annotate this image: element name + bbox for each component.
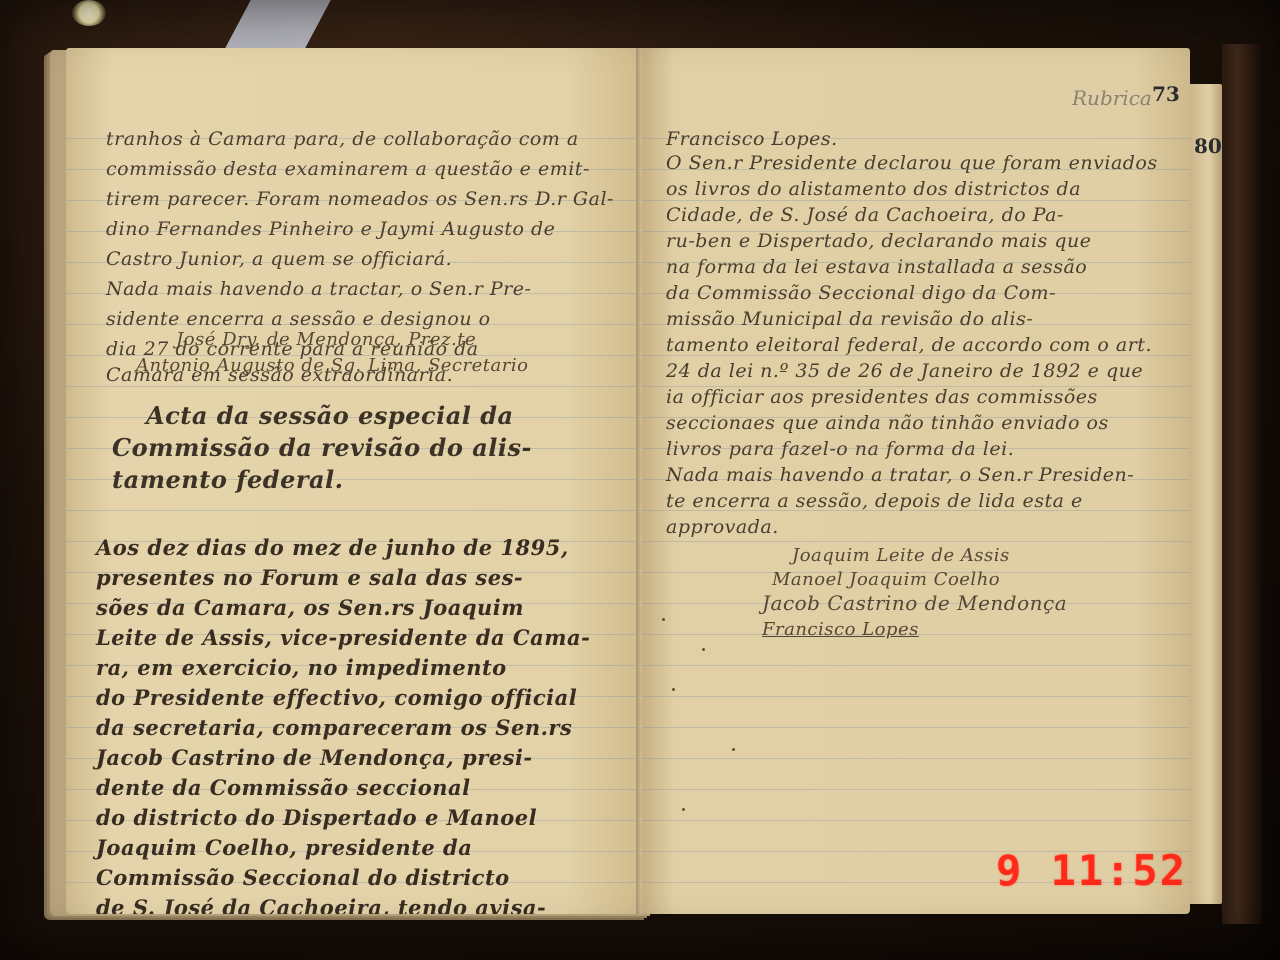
text-line: de S. José da Cachoeira, tendo avisa- — [96, 892, 546, 914]
next-page-edge: 80 — [1190, 84, 1222, 904]
book-cover-edge — [1222, 44, 1262, 924]
open-ledger-book: 80 tranhos à Camara para, de collaboraçã… — [50, 44, 1230, 924]
text-line: do districto do Dispertado e Manoel — [96, 802, 537, 833]
text-line: tirem parecer. Foram nomeados os Sen.rs … — [106, 184, 614, 215]
camera-date-stamp: 9 11:52 — [996, 846, 1187, 895]
pencil-annotation: Rubrica — [1072, 86, 1152, 110]
page-number: 73 — [1152, 82, 1180, 106]
minutes-heading: tamento federal. — [112, 464, 344, 495]
signature: Antonio Augusto de Sg. Lima, Secretario — [136, 350, 528, 381]
text-line: approvada. — [666, 512, 779, 543]
minutes-heading: Commissão da revisão do alis- — [112, 432, 532, 463]
left-page: tranhos à Camara para, de collaboração c… — [66, 48, 652, 914]
right-page: Rubrica 73 Francisco Lopes. O Sen.r Pres… — [642, 48, 1190, 914]
text-line: Leite de Assis, vice-presidente da Cama- — [96, 622, 590, 653]
text-line: Joaquim Coelho, presidente da — [96, 832, 472, 863]
text-line: presentes no Forum e sala das ses- — [96, 562, 523, 593]
text-line: tranhos à Camara para, de collaboração c… — [106, 124, 579, 155]
lamp-reflection — [72, 0, 106, 26]
minutes-heading: Acta da sessão especial da — [146, 400, 514, 431]
text-line: commissão desta examinarem a questão e e… — [106, 154, 590, 185]
text-line: sões da Camara, os Sen.rs Joaquim — [96, 592, 524, 623]
text-line: Jacob Castrino de Mendonça, presi- — [96, 742, 533, 773]
text-line: Castro Junior, a quem se officiará. — [106, 244, 452, 275]
glass-reflection — [225, 0, 331, 48]
text-line: Aos dez dias do mez de junho de 1895, — [96, 532, 569, 563]
text-line: dino Fernandes Pinheiro e Jaymi Augusto … — [106, 214, 555, 245]
text-line: ra, em exercicio, no impedimento — [96, 652, 507, 683]
next-page-number: 80 — [1194, 134, 1222, 158]
text-line: do Presidente effectivo, comigo official — [96, 682, 577, 713]
text-line: dente da Commissão seccional — [96, 772, 471, 803]
text-line: Nada mais havendo a tractar, o Sen.r Pre… — [106, 274, 531, 305]
photo-scene: 80 tranhos à Camara para, de collaboraçã… — [0, 0, 1280, 960]
text-line: da secretaria, compareceram os Sen.rs — [96, 712, 572, 743]
signature: Francisco Lopes — [762, 614, 919, 645]
text-line: Commissão Seccional do districto — [96, 862, 510, 893]
